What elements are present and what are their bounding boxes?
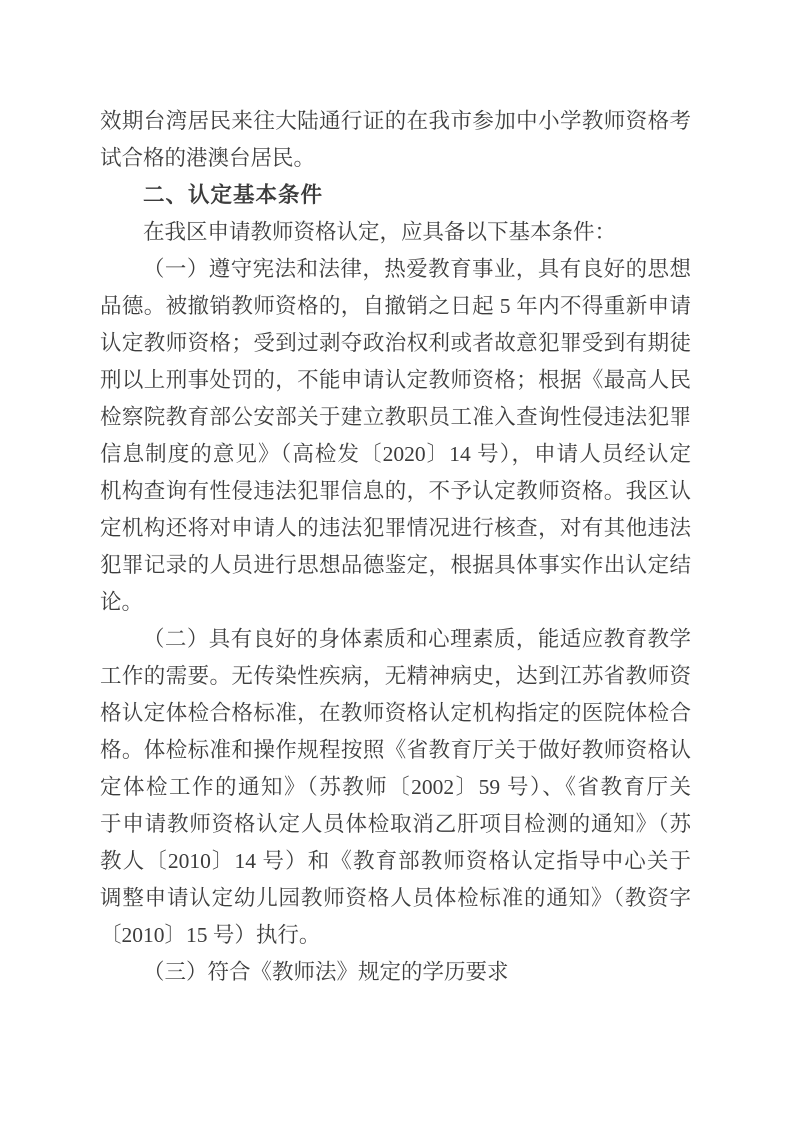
text-line: 格认定体检合格标准，在教师资格认定机构指定的医院体检合: [100, 695, 691, 732]
paragraph-intro: 在我区申请教师资格认定，应具备以下基本条件：: [100, 214, 691, 251]
text-line: 于申请教师资格认定人员体检取消乙肝项目检测的通知》（苏: [100, 806, 691, 843]
section-heading: 二、认定基本条件: [100, 177, 691, 214]
text-line: 〔2010〕15 号）执行。: [100, 917, 691, 954]
paragraph-continuation: 效期台湾居民来往大陆通行证的在我市参加中小学教师资格考试合格的港澳台居民。: [100, 103, 691, 177]
paragraph-item-2: （二）具有良好的身体素质和心理素质，能适应教育教学工作的需要。无传染性疾病，无精…: [100, 621, 691, 954]
text-line: 刑以上刑事处罚的，不能申请认定教师资格；根据《最高人民: [100, 362, 691, 399]
text-line: 论。: [100, 584, 691, 621]
document-page: 效期台湾居民来往大陆通行证的在我市参加中小学教师资格考试合格的港澳台居民。二、认…: [0, 0, 793, 1122]
paragraph-item-3: （三）符合《教师法》规定的学历要求: [100, 954, 691, 991]
text-line: 定体检工作的通知》（苏教师〔2002〕59 号）、《省教育厅关: [100, 769, 691, 806]
text-line: 定机构还将对申请人的违法犯罪情况进行核查，对有其他违法: [100, 510, 691, 547]
text-line: 机构查询有性侵违法犯罪信息的，不予认定教师资格。我区认: [100, 473, 691, 510]
text-line: 检察院教育部公安部关于建立教职员工准入查询性侵违法犯罪: [100, 399, 691, 436]
paragraph-item-1: （一）遵守宪法和法律，热爱教育事业，具有良好的思想品德。被撤销教师资格的，自撤销…: [100, 251, 691, 621]
text-line: 犯罪记录的人员进行思想品德鉴定，根据具体事实作出认定结: [100, 547, 691, 584]
text-line: （一）遵守宪法和法律，热爱教育事业，具有良好的思想: [100, 251, 691, 288]
text-line: （二）具有良好的身体素质和心理素质，能适应教育教学: [100, 621, 691, 658]
text-line: 格。体检标准和操作规程按照《省教育厅关于做好教师资格认: [100, 732, 691, 769]
text-line: 认定教师资格；受到过剥夺政治权利或者故意犯罪受到有期徒: [100, 325, 691, 362]
text-line: 工作的需要。无传染性疾病，无精神病史，达到江苏省教师资: [100, 658, 691, 695]
text-line: 效期台湾居民来往大陆通行证的在我市参加中小学教师资格考: [100, 103, 691, 140]
text-line: 试合格的港澳台居民。: [100, 140, 691, 177]
text-line: 二、认定基本条件: [100, 177, 691, 214]
text-line: （三）符合《教师法》规定的学历要求: [100, 954, 691, 991]
text-line: 信息制度的意见》（高检发〔2020〕14 号），申请人员经认定: [100, 436, 691, 473]
text-line: 调整申请认定幼儿园教师资格人员体检标准的通知》（教资字: [100, 880, 691, 917]
text-line: 在我区申请教师资格认定，应具备以下基本条件：: [100, 214, 691, 251]
text-line: 教人〔2010〕14 号）和《教育部教师资格认定指导中心关于: [100, 843, 691, 880]
document-body: 效期台湾居民来往大陆通行证的在我市参加中小学教师资格考试合格的港澳台居民。二、认…: [100, 103, 691, 991]
text-line: 品德。被撤销教师资格的，自撤销之日起 5 年内不得重新申请: [100, 288, 691, 325]
